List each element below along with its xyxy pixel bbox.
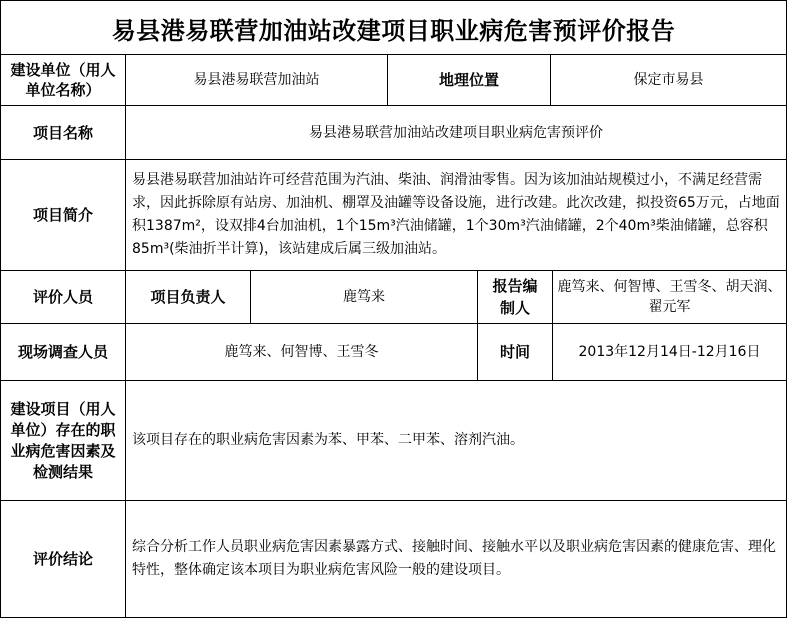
report-form: 易县港易联营加油站改建项目职业病危害预评价报告 建设单位（用人单位名称） 易县港… (0, 0, 787, 618)
location-label: 地理位置 (387, 54, 551, 106)
conclusion-value: 综合分析工作人员职业病危害因素暴露方式、接触时间、接触水平以及职业病危害因素的健… (125, 500, 787, 618)
evaluators-label: 评价人员 (0, 270, 126, 324)
report-title: 易县港易联营加油站改建项目职业病危害预评价报告 (0, 0, 787, 55)
project-name-value: 易县港易联营加油站改建项目职业病危害预评价 (125, 105, 787, 160)
time-label: 时间 (477, 323, 553, 381)
authors-label: 报告编制人 (477, 270, 553, 324)
location-value: 保定市易县 (550, 54, 787, 106)
hazards-value: 该项目存在的职业病危害因素为苯、甲苯、二甲苯、溶剂汽油。 (125, 380, 787, 501)
project-name-label: 项目名称 (0, 105, 126, 160)
unit-value: 易县港易联营加油站 (125, 54, 388, 106)
hazards-label: 建设项目（用人单位）存在的职业病危害因素及检测结果 (0, 380, 126, 501)
authors-value: 鹿笃来、何智博、王雪冬、胡天润、翟元军 (552, 270, 787, 324)
unit-label: 建设单位（用人单位名称） (0, 54, 126, 106)
survey-value: 鹿笃来、何智博、王雪冬 (125, 323, 478, 381)
lead-label: 项目负责人 (125, 270, 251, 324)
summary-label: 项目简介 (0, 159, 126, 271)
lead-value: 鹿笃来 (250, 270, 478, 324)
survey-label: 现场调查人员 (0, 323, 126, 381)
conclusion-label: 评价结论 (0, 500, 126, 618)
time-value: 2013年12月14日-12月16日 (552, 323, 787, 381)
summary-value: 易县港易联营加油站许可经营范围为汽油、柴油、润滑油零售。因为该加油站规模过小，不… (125, 159, 787, 271)
